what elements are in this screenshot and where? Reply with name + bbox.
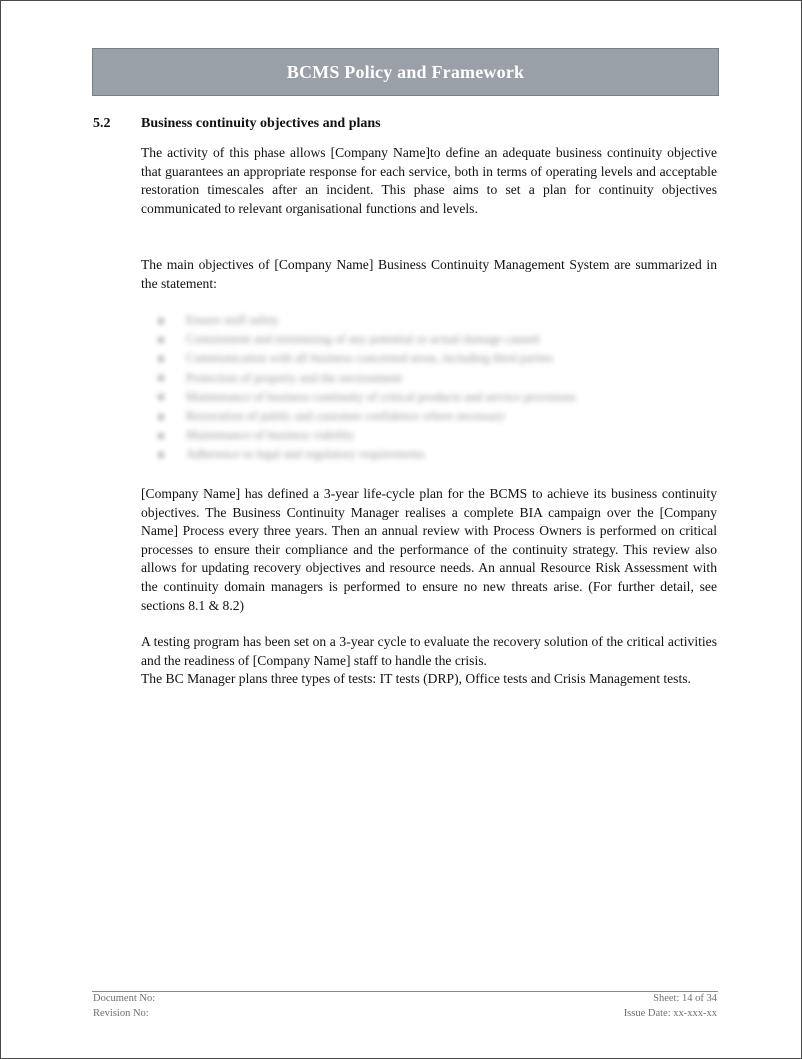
bullet-icon xyxy=(158,452,164,458)
paragraph-text: The activity of this phase allows [Compa… xyxy=(141,144,717,218)
list-item-text: Protection of property and the environme… xyxy=(186,371,402,386)
list-item: Ensure staff safety xyxy=(158,311,698,330)
revision-number-label: Revision No: xyxy=(93,1008,149,1019)
list-item: Containment and minimising of any potent… xyxy=(158,330,698,349)
bullet-icon xyxy=(158,356,164,362)
list-item: Protection of property and the environme… xyxy=(158,369,698,388)
document-header-bar: BCMS Policy and Framework xyxy=(92,48,719,96)
list-item: Communication with all business concerne… xyxy=(158,349,698,368)
paragraph-objectives-intro: The main objectives of [Company Name] Bu… xyxy=(141,256,717,293)
list-item-text: Adherence to legal and regulatory requir… xyxy=(186,447,424,462)
paragraph-intro: The activity of this phase allows [Compa… xyxy=(141,144,717,218)
list-item-text: Containment and minimising of any potent… xyxy=(186,332,539,347)
paragraph-text: [Company Name] has defined a 3-year life… xyxy=(141,485,717,615)
footer-divider xyxy=(92,991,718,992)
bullet-icon xyxy=(158,318,164,324)
list-item-text: Ensure staff safety xyxy=(186,313,279,328)
list-item: Adherence to legal and regulatory requir… xyxy=(158,445,698,464)
list-item-text: Communication with all business concerne… xyxy=(186,351,553,366)
document-title: BCMS Policy and Framework xyxy=(287,62,524,83)
list-item: Maintenance of business continuity of cr… xyxy=(158,388,698,407)
paragraph-testing: A testing program has been set on a 3-ye… xyxy=(141,633,717,689)
sheet-number: Sheet: 14 of 34 xyxy=(653,993,717,1004)
list-item: Maintenance of business viability xyxy=(158,426,698,445)
document-number-label: Document No: xyxy=(93,993,155,1004)
footer-row-2: Revision No: Issue Date: xx-xxx-xx xyxy=(93,1008,717,1019)
list-item-text: Maintenance of business viability xyxy=(186,428,354,443)
footer-row-1: Document No: Sheet: 14 of 34 xyxy=(93,993,717,1004)
list-item: Restoration of public and customer confi… xyxy=(158,407,698,426)
list-item-text: Maintenance of business continuity of cr… xyxy=(186,390,576,405)
paragraph-lifecycle: [Company Name] has defined a 3-year life… xyxy=(141,485,717,615)
bullet-icon xyxy=(158,414,164,420)
objectives-list-blurred: Ensure staff safetyContainment and minim… xyxy=(158,311,698,465)
issue-date: Issue Date: xx-xxx-xx xyxy=(624,1008,717,1019)
bullet-icon xyxy=(158,337,164,343)
paragraph-text: The main objectives of [Company Name] Bu… xyxy=(141,256,717,293)
bullet-icon xyxy=(158,433,164,439)
section-title: Business continuity objectives and plans xyxy=(141,116,381,132)
paragraph-text: A testing program has been set on a 3-ye… xyxy=(141,633,717,670)
bullet-icon xyxy=(158,375,164,381)
section-number: 5.2 xyxy=(93,116,111,132)
paragraph-text: The BC Manager plans three types of test… xyxy=(141,670,717,689)
list-item-text: Restoration of public and customer confi… xyxy=(186,409,505,424)
bullet-icon xyxy=(158,394,164,400)
